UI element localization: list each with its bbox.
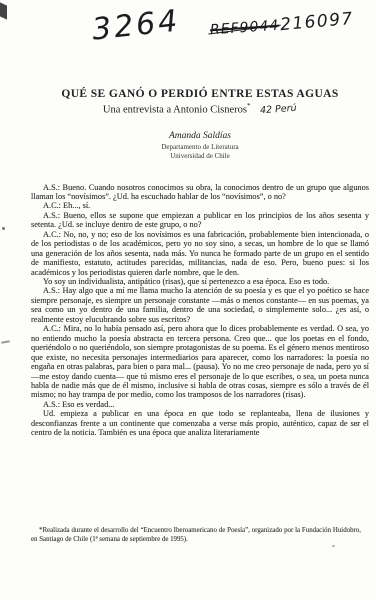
author-affiliation: Departamento de LiteraturaUniversidad de… <box>31 143 369 162</box>
paragraph: A.C.: Mira, no lo había pensado así, per… <box>31 324 369 400</box>
article-title: QUÉ SE GANÓ O PERDIÓ ENTRE ESTAS AGUAS <box>31 88 369 100</box>
interview-body: A.S.: Bueno. Cuando nosotros conocimos s… <box>31 183 369 438</box>
scan-artifact-corner <box>0 2 7 19</box>
scan-artifact-dot <box>332 545 335 547</box>
scan-artifact-margin-mark <box>1 340 10 344</box>
affiliation-department: Departamento de Literatura <box>161 143 238 151</box>
paragraph: Yo soy un individualista, antipático (ri… <box>31 277 369 286</box>
paragraph: A.C.: No, no, y no; eso de los novísimos… <box>31 230 369 277</box>
paragraph: A.S.: Eso es verdad... <box>31 400 369 409</box>
author-name: Amanda Saldías <box>31 131 369 141</box>
scan-artifact-dot <box>2 227 5 230</box>
paragraph: A.S.: Hay algo que a mí me llama mucho l… <box>31 286 369 324</box>
printed-content: QUÉ SE GANÓ O PERDIÓ ENTRE ESTAS AGUAS U… <box>31 0 369 438</box>
paragraph: A.S.: Bueno, ellos se supone que empieza… <box>31 211 369 230</box>
paragraph: Ud. empieza a publicar en una época en q… <box>31 409 369 437</box>
affiliation-university: Universidad de Chile <box>170 152 230 160</box>
page-footnote: *Realizada durante el desarrollo del “En… <box>31 527 361 545</box>
handwritten-margin-note: 42 Perú <box>260 102 297 116</box>
scanned-document-page: 3264 REF9044 216097 QUÉ SE GANÓ O PERDIÓ… <box>0 0 376 600</box>
paragraph: A.S.: Bueno. Cuando nosotros conocimos s… <box>31 183 369 202</box>
paragraph: A.C.: Eh..., sí. <box>31 201 369 210</box>
subtitle-text: Una entrevista a Antonio Cisneros <box>103 105 247 116</box>
article-subtitle: Una entrevista a Antonio Cisneros*42 Per… <box>31 102 369 116</box>
footnote-marker: * <box>247 102 251 110</box>
